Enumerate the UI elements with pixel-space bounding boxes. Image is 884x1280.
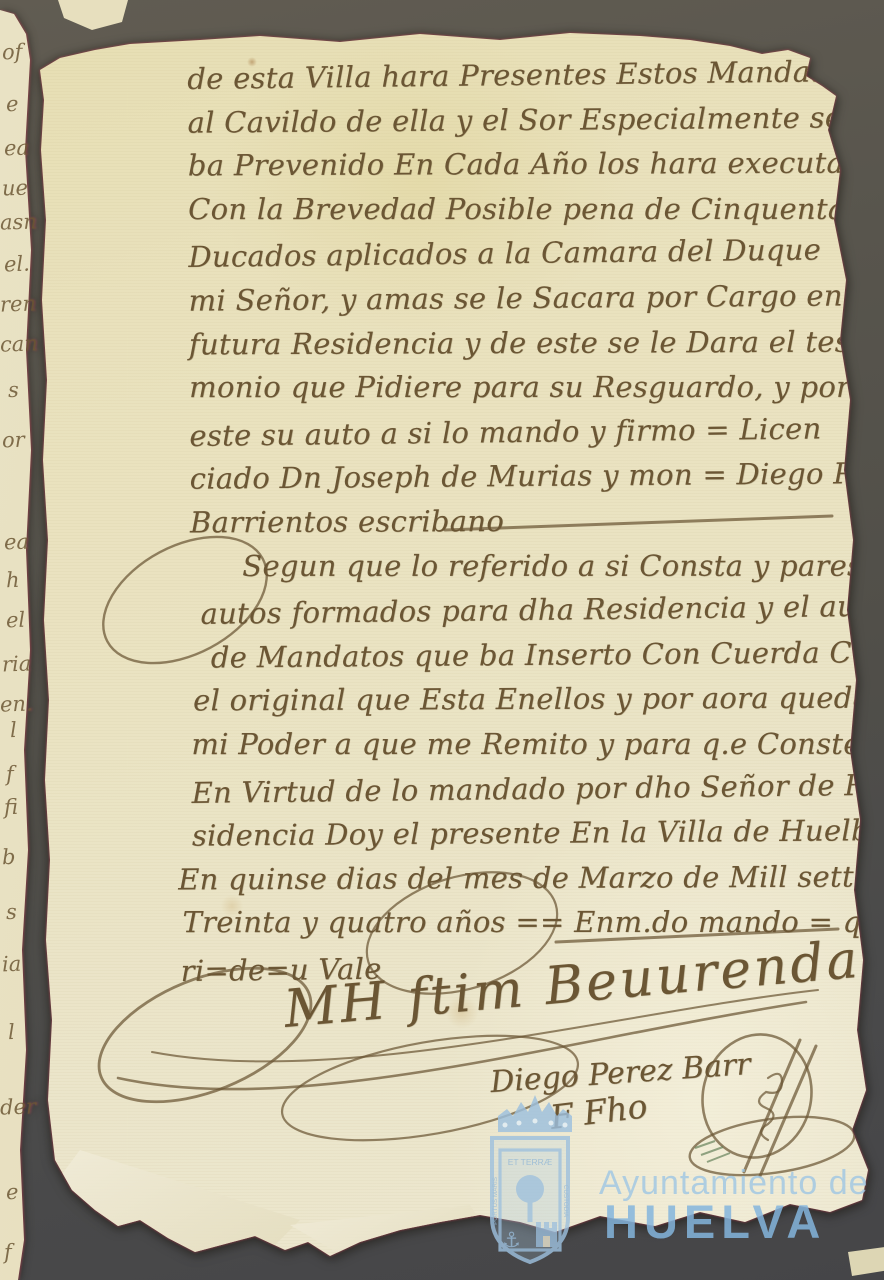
- manuscript-line: de esta Villa hara Presentes Estos Manda…: [187, 54, 852, 106]
- archive-photo: ofeeaueasnel.rencansoreahelriaen.lffibsi…: [0, 0, 884, 1280]
- manuscript-line: ciado Dn Joseph de Murias y mon = Diego …: [190, 457, 855, 507]
- paper-fold: [290, 1205, 490, 1260]
- manuscript-line: Segun que lo referido a si Consta y pare…: [242, 548, 855, 593]
- manuscript-line: este su auto a si lo mando y firmo = Lic…: [189, 411, 854, 463]
- manuscript-line: Ducados aplicados a la Camara del Duque: [188, 232, 853, 284]
- manuscript-line: mi Señor, y amas se le Sacara por Cargo …: [188, 278, 853, 328]
- manuscript-line: autos formados para dha Residencia y el …: [200, 589, 855, 641]
- manuscript-line: Barrientos escribano: [190, 503, 855, 550]
- manuscript-line: Con la Brevedad Posible pena de Cinquent…: [188, 192, 853, 237]
- manuscript-line: En Virtud de lo mandado por dho Señor de…: [191, 768, 856, 820]
- manuscript-line: ba Prevenido En Cada Año los hara execut…: [188, 146, 853, 193]
- paper-fold: [50, 1150, 300, 1260]
- manuscript-text-block: de esta Villa hara Presentes Estos Manda…: [187, 56, 858, 997]
- manuscript-line: el original que Esta Enellos y por aora …: [193, 681, 856, 728]
- manuscript-line: futura Residencia y de este se le Dara e…: [189, 324, 854, 371]
- manuscript-line: mi Poder a que me Remito y para q.e Cons…: [191, 727, 856, 772]
- manuscript-page-wrap: de esta Villa hara Presentes Estos Manda…: [0, 0, 884, 1280]
- manuscript-line: monio que Pidiere para su Resguardo, y p…: [189, 370, 854, 415]
- manuscript-line: En quinse dias del mes de Marzo de Mill …: [178, 859, 857, 906]
- manuscript-page: de esta Villa hara Presentes Estos Manda…: [0, 0, 884, 1280]
- manuscript-line: al Cavildo de ella y el Sor Especialment…: [187, 100, 852, 150]
- manuscript-line: sidencia Doy el presente En la Villa de …: [192, 813, 857, 863]
- manuscript-line: de Mandatos que ba Inserto Con Cuerda Co…: [211, 635, 856, 685]
